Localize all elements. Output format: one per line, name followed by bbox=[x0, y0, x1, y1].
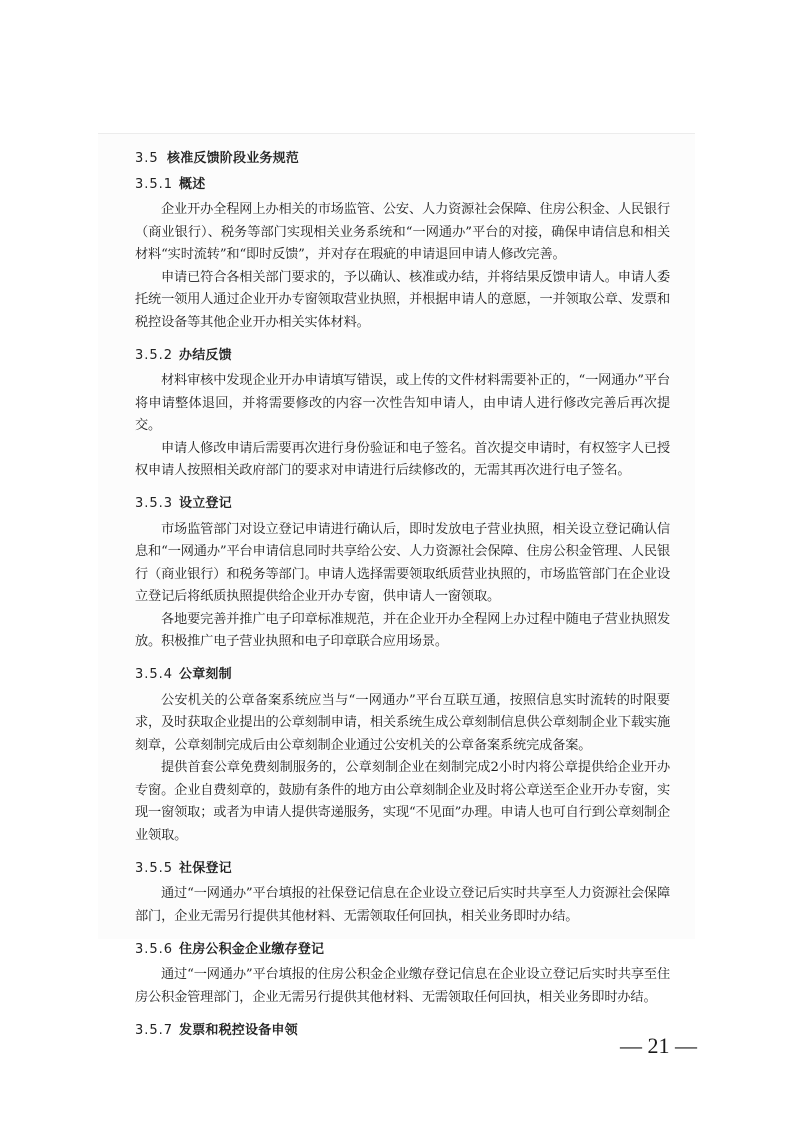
subsection-title: 3.5.2办结反馈 bbox=[135, 344, 232, 363]
subsection-title: 3.5.6住房公积金企业缴存登记 bbox=[135, 938, 324, 957]
subsection-title: 3.5.1概述 bbox=[135, 173, 205, 192]
paragraph: 申请人修改申请后需要再次进行身份验证和电子签名。首次提交申请时，有权签字人已授权… bbox=[135, 438, 670, 483]
section-title-text: 核准反馈阶段业务规范 bbox=[167, 151, 299, 166]
section-heading: 3.5核准反馈阶段业务规范 bbox=[135, 143, 670, 169]
subsection-overview: 3.5.1概述 企业开办全程网上办相关的市场监管、公安、人力资源社会保障、住房公… bbox=[135, 169, 670, 334]
subsection-title-text: 发票和税控设备申领 bbox=[179, 1023, 298, 1038]
subsection-title-text: 公章刻制 bbox=[179, 667, 232, 682]
subsection-body: 市场监管部门对设立登记申请进行确认后，即时发放电子营业执照，相关设立登记确认信息… bbox=[135, 519, 670, 654]
subsection-heading: 3.5.7发票和税控设备申领 bbox=[135, 1015, 670, 1041]
subsection-title-text: 概述 bbox=[179, 177, 205, 192]
subsection-number: 3.5.4 bbox=[135, 667, 179, 682]
paragraph: 提供首套公章免费刻制服务的，公章刻制企业在刻制完成2小时内将公章提供给企业开办专… bbox=[135, 757, 670, 847]
page-number: — 21 — bbox=[620, 1033, 697, 1059]
subsection-number: 3.5.7 bbox=[135, 1023, 179, 1038]
paragraph: 通过“一网通办”平台填报的住房公积金企业缴存登记信息在企业设立登记后实时共享至住… bbox=[135, 964, 670, 1009]
subsection-title: 3.5.3设立登记 bbox=[135, 492, 232, 511]
subsection-heading: 3.5.2办结反馈 bbox=[135, 340, 670, 366]
subsection-title: 3.5.7发票和税控设备申领 bbox=[135, 1019, 298, 1038]
subsection-number: 3.5.5 bbox=[135, 861, 179, 876]
subsection-title-text: 设立登记 bbox=[179, 496, 232, 511]
subsection-title-text: 办结反馈 bbox=[179, 348, 232, 363]
subsection-body: 企业开办全程网上办相关的市场监管、公安、人力资源社会保障、住房公积金、人民银行（… bbox=[135, 199, 670, 334]
subsection-number: 3.5.1 bbox=[135, 177, 179, 192]
subsection-title: 3.5.5社保登记 bbox=[135, 857, 232, 876]
subsection-housing-fund-registration: 3.5.6住房公积金企业缴存登记 通过“一网通办”平台填报的住房公积金企业缴存登… bbox=[135, 934, 670, 1009]
subsection-heading: 3.5.6住房公积金企业缴存登记 bbox=[135, 934, 670, 960]
paragraph: 公安机关的公章备案系统应当与“一网通办”平台互联互通，按照信息实时流转的时限要求… bbox=[135, 690, 670, 758]
subsection-body: 通过“一网通办”平台填报的社保登记信息在企业设立登记后实时共享至人力资源社会保障… bbox=[135, 883, 670, 928]
paragraph: 企业开办全程网上办相关的市场监管、公安、人力资源社会保障、住房公积金、人民银行（… bbox=[135, 199, 670, 267]
subsection-invoice-tax-device: 3.5.7发票和税控设备申领 bbox=[135, 1015, 670, 1041]
subsection-heading: 3.5.3设立登记 bbox=[135, 489, 670, 515]
document-body: 3.5核准反馈阶段业务规范 3.5.1概述 企业开办全程网上办相关的市场监管、公… bbox=[135, 143, 670, 1047]
paragraph: 市场监管部门对设立登记申请进行确认后，即时发放电子营业执照，相关设立登记确认信息… bbox=[135, 519, 670, 609]
subsection-number: 3.5.2 bbox=[135, 348, 179, 363]
paragraph: 通过“一网通办”平台填报的社保登记信息在企业设立登记后实时共享至人力资源社会保障… bbox=[135, 883, 670, 928]
subsection-heading: 3.5.4公章刻制 bbox=[135, 660, 670, 686]
subsection-heading: 3.5.5社保登记 bbox=[135, 853, 670, 879]
paragraph: 材料审核中发现企业开办申请填写错误，或上传的文件材料需要补正的，“一网通办”平台… bbox=[135, 370, 670, 438]
subsection-social-insurance-registration: 3.5.5社保登记 通过“一网通办”平台填报的社保登记信息在企业设立登记后实时共… bbox=[135, 853, 670, 928]
paragraph: 申请已符合各相关部门要求的，予以确认、核准或办结，并将结果反馈申请人。申请人委托… bbox=[135, 267, 670, 335]
section-title: 3.5核准反馈阶段业务规范 bbox=[135, 147, 299, 166]
section-number: 3.5 bbox=[135, 151, 167, 166]
subsection-title-text: 社保登记 bbox=[179, 861, 232, 876]
subsection-body: 公安机关的公章备案系统应当与“一网通办”平台互联互通，按照信息实时流转的时限要求… bbox=[135, 690, 670, 848]
subsection-number: 3.5.6 bbox=[135, 942, 179, 957]
subsection-title: 3.5.4公章刻制 bbox=[135, 663, 232, 682]
subsection-body: 材料审核中发现企业开办申请填写错误，或上传的文件材料需要补正的，“一网通办”平台… bbox=[135, 370, 670, 483]
subsection-establishment-registration: 3.5.3设立登记 市场监管部门对设立登记申请进行确认后，即时发放电子营业执照，… bbox=[135, 489, 670, 654]
subsection-heading: 3.5.1概述 bbox=[135, 169, 670, 195]
subsection-completion-feedback: 3.5.2办结反馈 材料审核中发现企业开办申请填写错误，或上传的文件材料需要补正… bbox=[135, 340, 670, 483]
subsection-body: 通过“一网通办”平台填报的住房公积金企业缴存登记信息在企业设立登记后实时共享至住… bbox=[135, 964, 670, 1009]
paragraph: 各地要完善并推广电子印章标准规范，并在企业开办全程网上办过程中随电子营业执照发放… bbox=[135, 609, 670, 654]
subsection-seal-engraving: 3.5.4公章刻制 公安机关的公章备案系统应当与“一网通办”平台互联互通，按照信… bbox=[135, 660, 670, 848]
subsection-number: 3.5.3 bbox=[135, 496, 179, 511]
subsection-title-text: 住房公积金企业缴存登记 bbox=[179, 942, 324, 957]
